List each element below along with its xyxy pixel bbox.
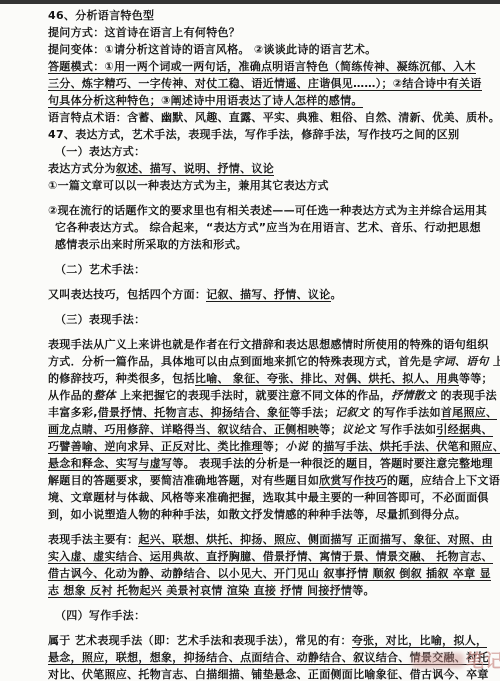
text-line: 的修辞技巧，种类很多，包括比喻、 象征、夸张、排比、对偶、烘托、拟人、用典等等；	[48, 370, 460, 387]
text-segment: 到，如小说塑造人物的种种手法，如散文抒发情感的种种手法等，尽量抓到得分点。	[48, 508, 466, 521]
text-line: （四）写作手法：	[48, 607, 460, 624]
text-line: （二）艺术手法：	[48, 261, 460, 278]
text-line: （一）表达方式：	[48, 143, 460, 160]
text-line: 它各种表达方式。 综合起来，“表达方式”应当为在用语言、艺术、音乐、行动把思想	[48, 219, 460, 236]
text-segment: 表现手法从广义上来讲也就是	[48, 338, 195, 351]
text-segment: 夸张，对比，比喻，拟人，	[352, 634, 488, 648]
text-segment: 的表现手法	[436, 389, 497, 402]
text-line: 方式．分析一篇作品，具体地可以由点到面地来抓它的特殊表现方式，首先是字词、语句 …	[48, 353, 460, 370]
text-segment: 丰富多彩,	[48, 406, 98, 419]
text-segment: 志 想象 反衬 托物起兴 美景衬哀情 渲染 直接 抒情 间接抒情	[48, 584, 352, 598]
text-segment: 提问变体：①请分析这首诗的语言风格。 ②谈谈此诗的语言艺术。	[48, 43, 376, 56]
text-segment: 境、文章题材与体裁、风格等来准确把握，选取其中最主要的一种回答即可，不必面面俱	[48, 491, 489, 504]
text-line: 属于 艺术表现手法（即：艺术手法和表现手法），常见的有：夸张，对比，比喻，拟人，	[48, 632, 460, 649]
text-segment: 的写作手法如	[369, 406, 441, 419]
text-segment: 字词、语句	[432, 355, 489, 368]
text-segment: 上	[489, 355, 500, 368]
text-segment: 由点到面地来抓	[218, 355, 297, 368]
text-segment: 记叙、描写、抒情、议论	[206, 288, 330, 302]
text-line: 志 想象 反衬 托物起兴 美景衬哀情 渲染 直接 抒情 间接抒情等。	[48, 582, 460, 599]
text-line: 句具体分析这种特色；③阐述诗中用语表达了诗人怎样的感情。	[48, 92, 460, 109]
text-segment: 提问方式：这首诗在语言上有何特色？	[48, 26, 240, 39]
text-line: ②现在流行的话题作文的要求里也有相关表述——可任选一种表达方式为主并综合运用其	[48, 202, 460, 219]
text-line: 借古讽今、化动为静、动静结合、以小见大、开门见山 叙事抒情 顺叙 倒叙 插叙 卒…	[48, 565, 460, 582]
text-segment: 等等；	[459, 372, 493, 385]
text-line: 感情表示出来时所采取的方法和形式。	[48, 236, 460, 253]
text-segment: 小说	[285, 440, 308, 453]
text-segment: 艺术表现手法	[75, 634, 143, 647]
text-segment: 它的特殊表现方式，首先是	[297, 355, 433, 368]
text-segment: 表达方式分为	[48, 162, 116, 175]
text-line: 提问方式：这首诗在语言上有何特色？	[48, 24, 460, 41]
text-segment: （即：艺术手法和表现手法），常见的有：	[143, 634, 352, 647]
text-segment: 对比、伏笔照应、托物言志、白描细描、铺垫悬念、正面侧面比喻象征、借古讽今、卒章	[48, 668, 489, 681]
text-segment: 欣赏写作技巧	[319, 474, 387, 488]
text-line: 到，如小说塑造人物的种种手法，如散文抒发情感的种种手法等，尽量抓到得分点。	[48, 506, 460, 523]
text-segment: 47、表达方式，艺术手法，表现手法，写作手法，修辞手法，写作技巧之间的区别	[48, 128, 459, 141]
text-segment: （四）写作手法：	[55, 609, 145, 622]
text-segment: 借景抒情、托物言志、抑扬结合、象征	[98, 406, 290, 420]
text-line: 表现手法从广义上来讲也就是作者在行文措辞和表达思想感情时所使用的特殊的语句组织	[48, 336, 460, 353]
text-line: ①一篇文章可以以一种表达方式为主，兼用其它表达方式	[48, 177, 460, 194]
text-line: 对比、伏笔照应、托物言志、白描细描、铺垫悬念、正面侧面比喻象征、借古讽今、卒章	[48, 666, 460, 681]
text-segment: ①一篇文章可以以一种表达方式为主，兼用其它表达方式	[48, 179, 329, 192]
text-segment: 写作手法如	[376, 423, 437, 436]
text-segment: 议论文	[342, 423, 376, 436]
text-segment: （三）表现手法：	[55, 313, 145, 326]
text-segment: 46、分析语言特色型	[48, 9, 154, 22]
text-segment: （二）艺术手法：	[55, 263, 145, 276]
text-segment: 描写手法、烘托手法、伏笔和照应、	[323, 440, 500, 454]
text-segment: 它各种表达方式。 综合起来，“表达方式”应当为在用语言、艺术、音乐、行动把思想	[55, 221, 481, 234]
text-segment: 分析一篇作品，具体地可以	[82, 355, 218, 368]
text-line: 巧譬善喻、逆向求异、正反对比、类比推理等；小说 的描写手法、烘托手法、伏笔和照应…	[48, 438, 460, 455]
text-segment: 起兴、联想、烘托、抑扬、照应、侧面描写 正面描写、象征、对照、由	[138, 533, 492, 547]
text-segment: 上来把握它的表现手法时，就要注意不同文体的作品，	[116, 389, 391, 402]
text-segment: ②现在流行的话题作文的要求里也有相关表述——可任选一种表达方式为主并综合运用其	[48, 204, 487, 217]
text-line: 悬念，照应，联想，想象，抑扬结合、点面结合、动静结合、叙议结合、情景交融、衬托	[48, 649, 460, 666]
text-segment: 比喻、 象征、夸张、排比、对偶、烘托、拟人、用典	[195, 372, 459, 386]
text-segment: 画龙点睛、巧用修辞、详略得当、叙议结合、正侧相映	[48, 423, 319, 437]
text-segment: 解题目的答题要求，要简洁准确地答题，对有些题目如	[48, 474, 319, 487]
text-line: 提问变体：①请分析这首诗的语言风格。 ②谈谈此诗的语言艺术。	[48, 41, 460, 58]
text-segment: 引经据典、	[436, 423, 493, 437]
text-segment: 悬念和释念、实写与虚写	[48, 457, 172, 471]
document-body: 46、分析语言特色型提问方式：这首诗在语言上有何特色？提问变体：①请分析这首诗的…	[48, 7, 460, 681]
text-segment: 的修辞技巧，种类很多，包括	[48, 372, 195, 385]
text-line: 语言特点术语：含蓄、幽默、风趣、直露、平实、典雅、粗俗、自然、清新、优美、质朴。	[48, 109, 460, 126]
text-line: 悬念和释念、实写与虚写等。 表现手法的分析是一种很泛的题目，答题时要注意完整地理	[48, 455, 460, 472]
text-segment: 感情表示出来时所采取的方法和形式。	[55, 238, 247, 251]
text-segment: 又叫表达技巧，包括四个方面：	[48, 288, 206, 301]
text-segment: 表现手法主要有：	[48, 533, 138, 546]
text-segment: 等；	[319, 423, 342, 436]
text-segment: 答题模式：①用一两个词或一两句话，准确点明语言特色（简练传神、凝练沉郁、入木	[48, 60, 476, 74]
text-segment: 三分、炼字精巧、一字传神、对仗工稳、语近情遥、庄谐俱见……）；②结合诗中有关语	[48, 77, 482, 91]
text-segment: （一）表达方式：	[55, 145, 145, 158]
text-segment: 从作品的	[48, 389, 93, 402]
text-line: 47、表达方式，艺术手法，表现手法，写作手法，修辞手法，写作技巧之间的区别	[48, 126, 460, 143]
text-line: 答题模式：①用一两个词或一两句话，准确点明语言特色（简练传神、凝练沉郁、入木	[48, 58, 460, 75]
text-segment: 。	[331, 288, 342, 301]
text-segment: 首尾照应、	[441, 406, 498, 420]
text-line: 三分、炼字精巧、一字传神、对仗工稳、语近情遥、庄谐俱见……）；②结合诗中有关语	[48, 75, 460, 92]
text-segment: 记叙文	[335, 406, 369, 419]
text-segment: 巧譬善喻、逆向求异、正反对比、类比推理	[48, 440, 263, 454]
text-segment: 抒情散文	[391, 389, 436, 402]
text-line: 46、分析语言特色型	[48, 7, 460, 24]
text-line: 丰富多彩,借景抒情、托物言志、抑扬结合、象征等手法；记叙文 的写作手法如首尾照应…	[48, 404, 460, 421]
text-segment: 等手法；	[290, 406, 335, 419]
document-page: 46、分析语言特色型提问方式：这首诗在语言上有何特色？提问变体：①请分析这首诗的…	[0, 0, 500, 681]
text-line: 实入虚、虚实结合、运用典故、直抒胸臆、借景抒情、寓情于景、情景交融、 托物言志、	[48, 548, 460, 565]
text-segment: 悬念，照应，联想，想象，抑扬结合、点面结合、动静结合、叙议结合、情景交融、衬托	[48, 651, 489, 665]
text-segment: 语言特点术语：含蓄、幽默、风趣、直露、平实、典雅、粗俗、自然、清新、优美、质朴。	[48, 111, 500, 124]
text-line: 画龙点睛、巧用修辞、详略得当、叙议结合、正侧相映等；议论文 写作手法如引经据典、	[48, 421, 460, 438]
text-line: 又叫表达技巧，包括四个方面：记叙、描写、抒情、议论。	[48, 286, 460, 303]
text-line: 表现手法主要有：起兴、联想、烘托、抑扬、照应、侧面描写 正面描写、象征、对照、由	[48, 531, 460, 548]
text-segment: 的	[308, 440, 323, 453]
text-line: （三）表现手法：	[48, 311, 460, 328]
text-segment: 整体	[93, 389, 116, 402]
text-segment: 叙述、描写、说明、抒情、议论	[116, 162, 274, 176]
top-edge-bar	[0, 0, 500, 4]
text-line: 从作品的整体 上来把握它的表现手法时，就要注意不同文体的作品，抒情散文 的表现手…	[48, 387, 460, 404]
text-segment: 结合上下文语	[432, 474, 500, 487]
text-segment: 等。 表现手法的分析是一种很泛的题目，答题时要注意完整地理	[172, 457, 493, 470]
text-segment: 方式．	[48, 355, 82, 368]
text-segment: 作者在行文措辞和表达思想感情时所使用的特殊的语句组织	[195, 338, 489, 351]
text-line: 表达方式分为叙述、描写、说明、抒情、议论	[48, 160, 460, 177]
text-segment: 的题，应	[387, 474, 432, 487]
text-line: 解题目的答题要求，要简洁准确地答题，对有些题目如欣赏写作技巧的题，应结合上下文语	[48, 472, 460, 489]
text-segment: 借古讽今、化动为静、动静结合、以小见大、开门见山 叙事抒情 顺叙 倒叙 插叙 卒…	[48, 567, 491, 581]
text-segment: 实入虚、虚实结合、运用典故、直抒胸臆、借景抒情、寓情于景、情景交融、 托物言志、	[48, 550, 493, 564]
text-segment: 属于	[48, 634, 75, 647]
text-segment: 等。	[352, 584, 375, 597]
text-line: 境、文章题材与体裁、风格等来准确把握，选取其中最主要的一种回答即可，不必面面俱	[48, 489, 460, 506]
text-segment: 等；	[263, 440, 286, 453]
text-segment: 句具体分析这种特色；③阐述诗中用语表达了诗人怎样的感情。	[48, 94, 363, 108]
